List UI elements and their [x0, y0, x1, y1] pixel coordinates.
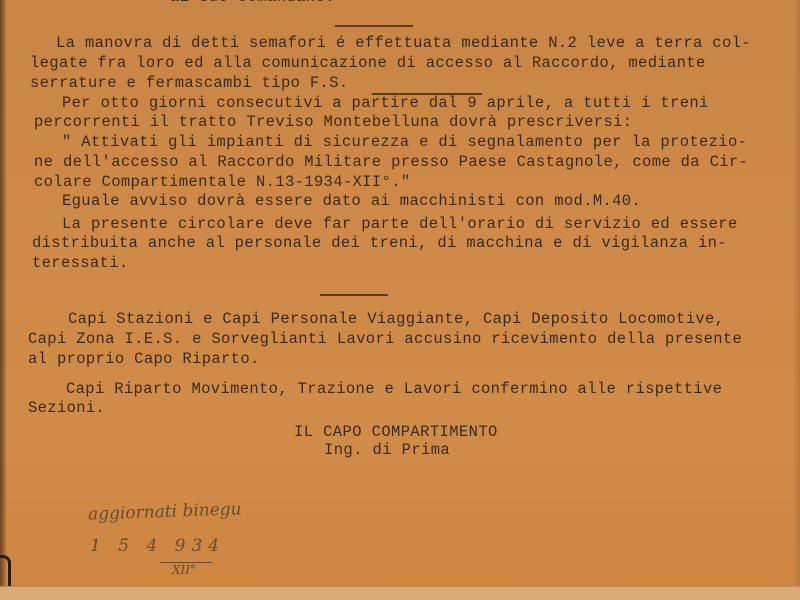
binder-clip	[0, 555, 11, 586]
handwritten-note-date: 1 5 4 934	[90, 536, 225, 556]
paragraph5-line2: Sezioni.	[28, 399, 105, 417]
paragraph4-line3: al proprio Capo Riparto.	[28, 350, 260, 368]
paragraph2-line4: ne dell'accesso al Raccordo Militare pre…	[34, 153, 748, 171]
paragraph2-line2: percorrenti il tratto Treviso Montebellu…	[34, 113, 632, 131]
paragraph2-line5: colare Compartimentale N.13-1934-XII°."	[34, 173, 410, 191]
paragraph4-line2: Capi Zona I.E.S. e Sorveglianti Lavori a…	[28, 330, 742, 348]
paragraph1-line1: La manovra di detti semafori é effettuat…	[56, 34, 751, 52]
paragraph3-line1: La presente circolare deve far parte del…	[62, 215, 738, 233]
paragraph5-line1: Capi Riparto Movimento, Trazione e Lavor…	[66, 380, 722, 398]
signature-title: IL CAPO COMPARTIMENTO	[294, 423, 498, 441]
separator-rule-top	[335, 25, 413, 27]
paragraph2-line3: " Attivati gli impianti di sicurezza e d…	[62, 133, 747, 151]
signature-subtitle: Ing. di Prima	[324, 441, 450, 459]
paragraph2-line6: Eguale avviso dovrà essere dato ai macch…	[62, 192, 641, 210]
paragraph1-line3: serrature e fermascambi tipo F.S.	[30, 74, 349, 92]
cut-off-top-line: ai suo comandano.	[170, 0, 335, 6]
paragraph2-line1: Per otto giorni consecutivi a partire da…	[62, 94, 709, 112]
paragraph3-line2: distribuita anche al personale dei treni…	[32, 234, 727, 252]
paragraph4-line1: Capi Stazioni e Capi Personale Viaggiant…	[68, 310, 724, 328]
handwritten-note-line1: aggiornati binegu	[88, 499, 242, 524]
page-left-edge	[0, 0, 6, 600]
handwritten-note-era: XII°	[172, 563, 196, 577]
paragraph1-line2: legate fra loro ed alla comunicazione di…	[30, 54, 706, 72]
page-bottom-edge	[0, 586, 800, 600]
paragraph3-line3: teressati.	[32, 254, 129, 272]
separator-rule-middle	[320, 294, 388, 296]
page-right-edge	[794, 0, 800, 600]
